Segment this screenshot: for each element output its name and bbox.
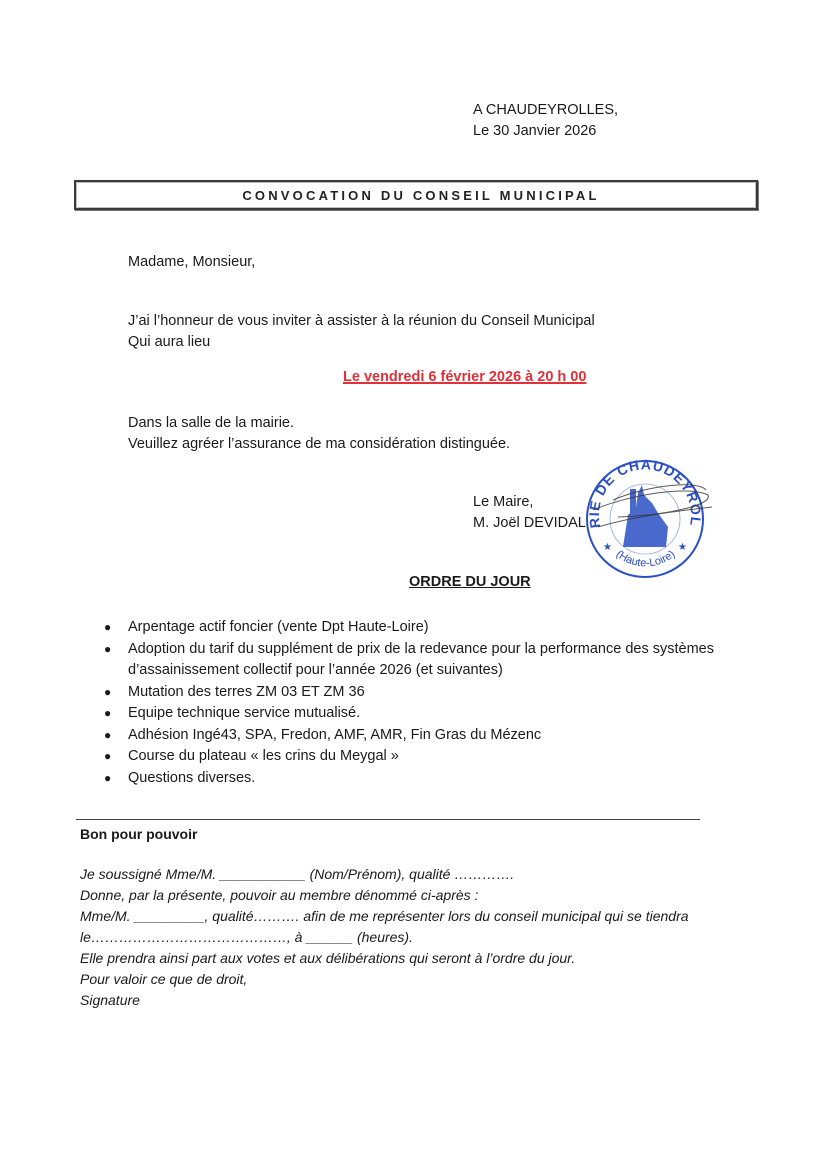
- agenda-item: ●Equipe technique service mutualisé.: [104, 703, 764, 725]
- agenda-item: ●Adoption du tarif du supplément de prix…: [104, 639, 764, 682]
- bullet-icon: ●: [104, 682, 128, 704]
- bullet-icon: ●: [104, 617, 128, 639]
- document-title: CONVOCATION DU CONSEIL MUNICIPAL: [232, 188, 599, 203]
- date: Le 30 Janvier 2026: [473, 121, 618, 142]
- closing-formula: Veuillez agréer l’assurance de ma consid…: [128, 434, 510, 455]
- intro-line-2: Qui aura lieu: [128, 332, 595, 353]
- closing-block: Dans la salle de la mairie. Veuillez agr…: [128, 413, 510, 455]
- agenda-item: ●Adhésion Ingé43, SPA, Fredon, AMF, AMR,…: [104, 725, 764, 747]
- bullet-icon: ●: [104, 768, 128, 790]
- bullet-icon: ●: [104, 703, 128, 725]
- proxy-line: Pour valoir ce que de droit,: [80, 969, 689, 990]
- place-date-block: A CHAUDEYROLLES, Le 30 Janvier 2026: [473, 100, 618, 142]
- title-box: CONVOCATION DU CONSEIL MUNICIPAL: [74, 180, 758, 210]
- signatory-role: Le Maire,: [473, 492, 586, 513]
- svg-text:★: ★: [678, 542, 687, 553]
- agenda-title: ORDRE DU JOUR: [409, 574, 531, 590]
- intro-line-1: J’ai l’honneur de vous inviter à assiste…: [128, 311, 595, 332]
- signatory-name: M. Joël DEVIDAL: [473, 513, 586, 534]
- bullet-icon: ●: [104, 639, 128, 661]
- proxy-line: Donne, par la présente, pouvoir au membr…: [80, 885, 689, 906]
- svg-text:★: ★: [603, 542, 612, 553]
- proxy-signature-label: Signature: [80, 990, 689, 1011]
- bullet-icon: ●: [104, 725, 128, 747]
- section-divider: [76, 819, 700, 820]
- salutation: Madame, Monsieur,: [128, 252, 255, 273]
- proxy-line: Elle prendra ainsi part aux votes et aux…: [80, 948, 689, 969]
- agenda-item: ●Arpentage actif foncier (vente Dpt Haut…: [104, 617, 764, 639]
- proxy-line: Mme/M. _________, qualité………. afin de me…: [80, 906, 689, 927]
- intro-block: J’ai l’honneur de vous inviter à assiste…: [128, 311, 595, 353]
- signatory-block: Le Maire, M. Joël DEVIDAL: [473, 492, 586, 534]
- meeting-datetime: Le vendredi 6 février 2026 à 20 h 00: [343, 369, 586, 385]
- agenda-item: ●Course du plateau « les crins du Meygal…: [104, 746, 764, 768]
- proxy-title: Bon pour pouvoir: [80, 826, 197, 842]
- svg-text:(Haute-Loire): (Haute-Loire): [614, 548, 678, 569]
- proxy-form-text: Je soussigné Mme/M. ___________ (Nom/Pré…: [80, 864, 689, 1011]
- meeting-location: Dans la salle de la mairie.: [128, 413, 510, 434]
- agenda-item: ●Mutation des terres ZM 03 ET ZM 36: [104, 682, 764, 704]
- proxy-line: le……………………………………, à ______ (heures).: [80, 927, 689, 948]
- agenda-item: ●Questions diverses.: [104, 768, 764, 790]
- stamp-bottom-text: (Haute-Loire): [614, 548, 678, 569]
- proxy-line: Je soussigné Mme/M. ___________ (Nom/Pré…: [80, 864, 689, 885]
- mairie-stamp-icon: MAIRIE DE CHAUDEYROLLES (Haute-Loire) ★ …: [578, 455, 713, 580]
- bullet-icon: ●: [104, 746, 128, 768]
- agenda-list: ●Arpentage actif foncier (vente Dpt Haut…: [104, 617, 764, 789]
- place: A CHAUDEYROLLES,: [473, 100, 618, 121]
